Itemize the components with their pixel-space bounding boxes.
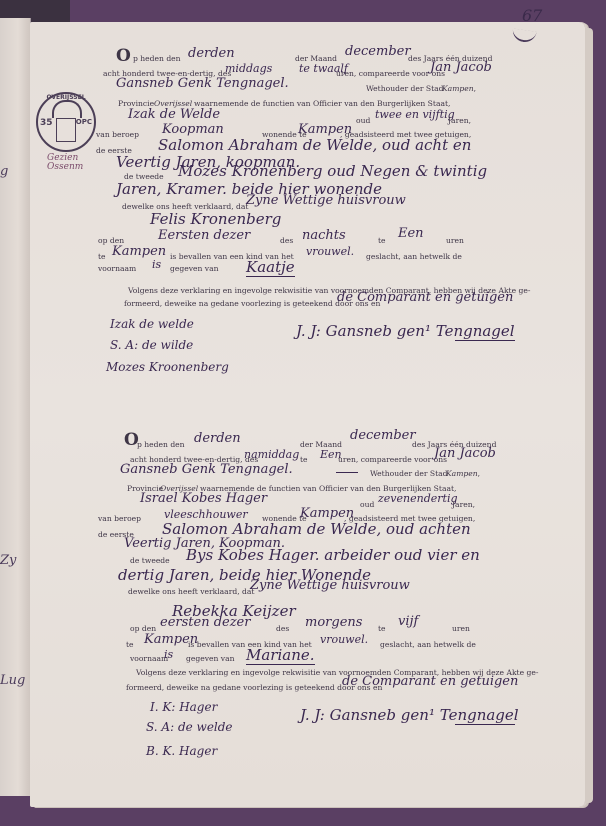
relation: Zyne Wettige huisvrouw xyxy=(250,578,410,593)
child-name: Kaatje xyxy=(246,258,295,277)
coat-of-arms-icon xyxy=(56,118,76,142)
witness-2: Mozes Kronenberg oud Negen & twintig xyxy=(178,162,487,180)
record-date: derden xyxy=(194,431,241,446)
record-month: december xyxy=(350,428,416,443)
signers-note: de Comparant en getuigen xyxy=(337,290,513,305)
birth-date: eersten dezer xyxy=(160,615,250,630)
time-of-day: nachts xyxy=(302,228,346,243)
city: Kampen xyxy=(446,469,478,478)
comparant-occupation: Koopman xyxy=(162,122,224,137)
official-name-cont: Gansneb Genk Tengnagel. xyxy=(120,462,293,477)
left-page-fragment: g xyxy=(0,164,8,179)
comparant-name: Izak de Welde xyxy=(128,107,220,122)
signature-official: J. J: Gansneb gen¹ Tengnagel xyxy=(296,322,515,340)
birth-place: Kampen xyxy=(112,244,166,259)
folio-number: 67 xyxy=(522,6,542,25)
part-of-day: namiddag xyxy=(244,448,299,461)
record-date: derden xyxy=(188,46,235,61)
left-page-edge: g Zy Lug xyxy=(0,18,31,796)
official-name: Jan Jacob xyxy=(430,60,492,75)
official-name: Jan Jacob xyxy=(434,446,496,461)
fill-dash xyxy=(336,472,358,473)
signature-witness-1: S. A: de wilde xyxy=(110,338,193,352)
left-page-fragment: Zy xyxy=(0,553,16,568)
child-name: Mariane. xyxy=(246,646,315,665)
signature-witness-1: S. A: de welde xyxy=(146,720,233,734)
relation: Zyne Wettige huisvrouw xyxy=(246,193,406,208)
signature-comparant: Izak de welde xyxy=(110,317,194,331)
comparant-age: twee en vijftig xyxy=(375,108,455,121)
record-month: december xyxy=(345,44,411,59)
birth-hour: Een xyxy=(398,226,424,241)
signature-official: J. J: Gansneb gen¹ Tengnagel xyxy=(300,706,519,724)
witness-1: Salomon Abraham de Welde, oud acht en xyxy=(158,136,471,154)
child-sex: vrouwel. xyxy=(306,245,354,258)
left-page-fragment: Lug xyxy=(0,673,25,688)
signers-note: de Comparant en getuigen xyxy=(342,674,518,689)
time-of-day: morgens xyxy=(305,615,362,630)
crown-icon xyxy=(52,100,82,118)
mother-name: Felis Kronenberg xyxy=(150,210,281,228)
comparant-name: Israel Kobes Hager xyxy=(140,491,267,506)
tax-stamp: OVERIJSSEL 35 OPC xyxy=(36,92,96,152)
stamp-annotation: Gezien Ossenm xyxy=(47,154,83,172)
signature-witness-2: B. K. Hager xyxy=(146,744,217,758)
signature-witness-2: Mozes Kroonenberg xyxy=(106,360,229,374)
comparant-age: zevenendertig xyxy=(378,492,458,505)
part-of-day: middags xyxy=(225,62,272,75)
official-name-cont: Gansneb Genk Tengnagel. xyxy=(116,76,289,91)
opening-initial: O xyxy=(116,46,131,66)
signature-underline xyxy=(455,340,515,341)
witness-2: Bys Kobes Hager. arbeider oud vier en xyxy=(186,546,480,564)
birth-hour: vijf xyxy=(398,614,418,629)
birth-date: Eersten dezer xyxy=(158,228,250,243)
signature-underline xyxy=(455,724,515,725)
signature-comparant: I. K: Hager xyxy=(150,700,217,714)
child-sex: vrouwel. xyxy=(320,633,368,646)
page-edge xyxy=(585,28,593,803)
city: Kampen xyxy=(442,84,474,93)
